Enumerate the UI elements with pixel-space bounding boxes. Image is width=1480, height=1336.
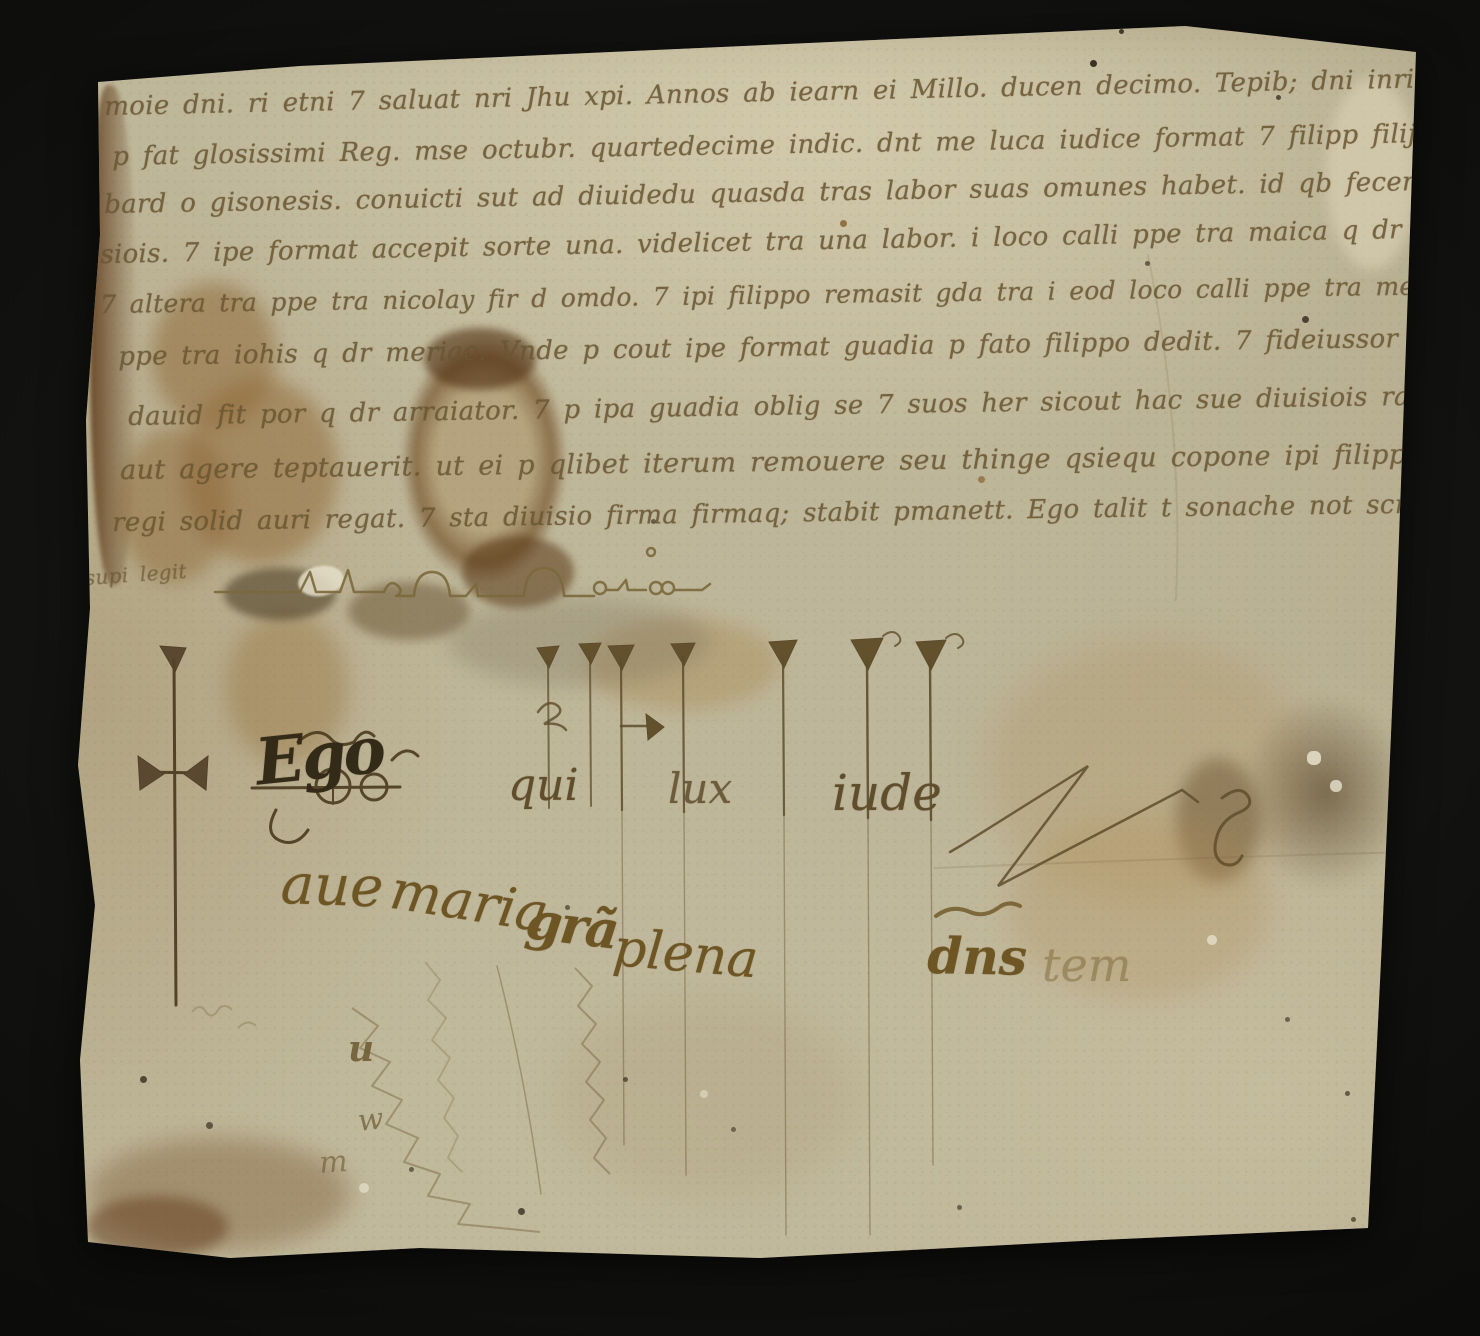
signature-word-iude: iude	[832, 764, 942, 822]
pen-trial-scribbles	[192, 962, 610, 1232]
stain-blotch	[86, 1196, 228, 1258]
ave-maria-word-aue: aue	[280, 852, 385, 921]
charter-line-10: supi legit	[84, 559, 188, 590]
stain-dark-mottle	[1242, 694, 1410, 892]
pen-trial-u: u	[348, 1028, 374, 1070]
photo-background: moie dni. ri etni 7 saluat nri Jhu xpi. …	[0, 0, 1480, 1336]
stain-wash	[986, 638, 1310, 902]
charter-line-5: 7 altera tra ppe tra nicolay fir d omdo.…	[100, 270, 1480, 319]
white-specks	[0, 0, 4, 4]
charter-line-3: bard o gisonesis. conuicti sut ad diuide…	[104, 166, 1480, 220]
charter-line-8: aut agere teptauerit. ut ei p qlibet ite…	[120, 437, 1480, 486]
ave-maria-word-plena: plena	[611, 918, 761, 990]
parchment-sheet: moie dni. ri etni 7 saluat nri Jhu xpi. …	[0, 0, 1480, 1336]
pen-trial-w: w	[356, 1101, 385, 1138]
signature-word-qui: qui	[508, 760, 579, 811]
charter-line-6: ppe tra iohis q dr meriac. Vnde p cout i…	[118, 321, 1480, 372]
stain-blotch	[1176, 758, 1260, 882]
ink-specks	[0, 0, 3, 3]
stain-wash	[586, 618, 780, 710]
charter-line-2: p fat glosissimi Reg. mse octubr. quarte…	[112, 117, 1480, 172]
charter-line-9: regi solid auri regat. 7 sta diuisio fir…	[112, 487, 1480, 538]
repair-white-patch	[296, 562, 347, 600]
parchment-shadow-wrap: moie dni. ri etni 7 saluat nri Jhu xpi. …	[0, 0, 1480, 1336]
signature-word-lux: lux	[668, 764, 732, 813]
notarial-cross-icon	[138, 646, 208, 1005]
signature-word-ego: Ego	[252, 713, 386, 801]
dns-overline-tilde	[936, 903, 1020, 916]
ave-maria-word-tem: tem	[1042, 938, 1131, 992]
stain-blotch	[462, 536, 574, 608]
charter-line-7: dauid fit por q dr arraiator. 7 p ipa gu…	[128, 379, 1480, 432]
pen-trial-m: m	[318, 1144, 349, 1181]
stain-smudge	[224, 568, 336, 620]
stain-wash	[556, 996, 860, 1200]
notary-paraph-zigzag	[950, 766, 1250, 886]
ave-maria-word-dns: dns	[927, 926, 1027, 987]
stain-blotch	[88, 1138, 350, 1250]
charter-line-4: siois. 7 ipe format accepit sorte una. v…	[100, 214, 1473, 270]
stain-smudge	[348, 582, 470, 640]
charter-line-1: moie dni. ri etni 7 saluat nri Jhu xpi. …	[104, 61, 1480, 122]
stain-smudge	[448, 598, 710, 686]
ave-maria-word-gra: grã	[523, 890, 621, 962]
